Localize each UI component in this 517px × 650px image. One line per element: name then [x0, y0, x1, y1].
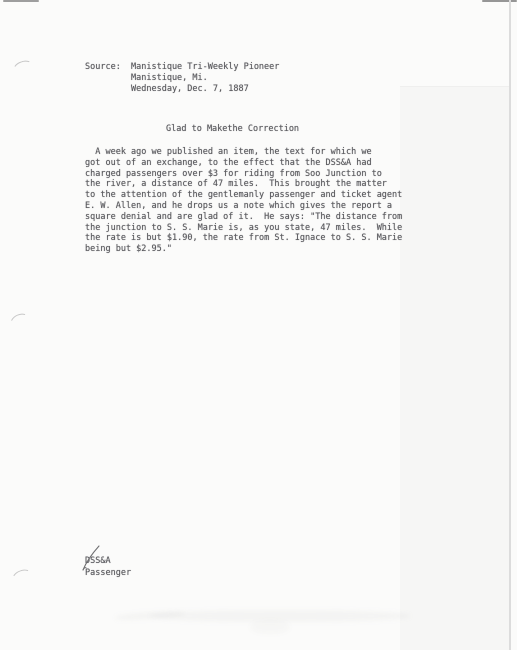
article-body-line: charged passengers over $3 for riding fr…	[85, 169, 402, 180]
scan-smudge-bottom	[250, 620, 290, 634]
article-title: Glad to Makethe Correction	[166, 124, 299, 135]
top-edge-mark-right	[482, 0, 517, 2]
pencil-arc-top	[11, 58, 36, 79]
top-edge-mark-left	[3, 0, 39, 2]
scan-shade-right	[400, 86, 509, 650]
scanned-page: Source: Manistique Tri-Weekly Pioneer Ma…	[0, 0, 517, 650]
article-body-line: E. W. Allen, and he drops us a note whic…	[85, 201, 402, 212]
article-body: A week ago we published an item, the tex…	[85, 147, 402, 255]
page-edge-line	[509, 0, 511, 650]
handwritten-tick-mark	[79, 542, 105, 574]
article-body-line: square denial and are glad of it. He say…	[85, 212, 402, 223]
article-body-line: the junction to S. S. Marie is, as you s…	[85, 223, 402, 234]
article-body-line: to the attention of the gentlemanly pass…	[85, 190, 402, 201]
source-publication: Manistique Tri-Weekly Pioneer	[131, 62, 279, 73]
source-lines: Manistique Tri-Weekly Pioneer Manistique…	[131, 62, 279, 95]
article-body-line: the rate is but $1.90, the rate from St.…	[85, 233, 402, 244]
source-location: Manistique, Mi.	[131, 73, 279, 84]
source-block: Source: Manistique Tri-Weekly Pioneer Ma…	[85, 62, 279, 95]
article-body-line: A week ago we published an item, the tex…	[85, 147, 402, 158]
article-body-line: being but $2.95."	[85, 244, 402, 255]
article-body-line: the river, a distance of 47 miles. This …	[85, 179, 402, 190]
source-date: Wednesday, Dec. 7, 1887	[131, 84, 279, 95]
article-body-line: got out of an exchange, to the effect th…	[85, 158, 402, 169]
pencil-arc-middle	[7, 310, 33, 334]
pencil-arc-bottom	[10, 567, 35, 588]
source-label: Source:	[85, 62, 121, 73]
